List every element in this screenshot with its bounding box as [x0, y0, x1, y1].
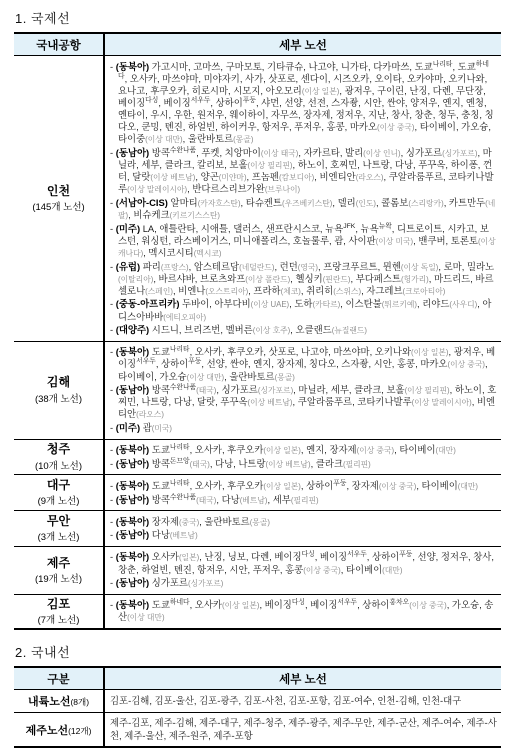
- domestic-routes-table: 구분 세부 노선 내륙노선(8개)김포-김해, 김포-울산, 김포-광주, 김포…: [14, 666, 501, 748]
- document-page: 1. 국제선 국내공항 세부 노선 인천(145개 노선)- (동북아) 가고시…: [0, 0, 515, 752]
- table-row: 대구(9개 노선)- (동북아) 도쿄나리타, 오사카, 후쿠오카(이상 일본)…: [14, 475, 501, 511]
- airport-cell: 무안(3개 노선): [14, 511, 104, 547]
- airport-route-count: (38개 노선): [15, 391, 102, 405]
- airport-name: 인천: [15, 184, 102, 198]
- route-group-line: - (동남아) 방콕돈므앙(태국), 다낭, 나트랑(이상 베트남), 클라크(…: [110, 458, 497, 470]
- intl-table-header-row: 국내공항 세부 노선: [14, 33, 501, 56]
- airport-cell: 대구(9개 노선): [14, 475, 104, 511]
- route-group-line: - (동북아) 가고시마, 고마쓰, 구마모토, 기타큐슈, 나고야, 니가타,…: [110, 61, 497, 146]
- route-type-cell: 내륙노선(8개): [14, 690, 104, 713]
- routes-cell: - (동북아) 도쿄나리타, 오사카, 후쿠오카(이상 일본), 옌지, 장자제…: [104, 439, 501, 475]
- routes-cell: - (동북아) 장자제(중국), 울란바토르(몽골)- (동남아) 다낭(베트남…: [104, 511, 501, 547]
- route-group-line: - (동북아) 장자제(중국), 울란바토르(몽골): [110, 516, 497, 528]
- route-type-count: (12개): [68, 726, 91, 736]
- table-row: 청주(10개 노선)- (동북아) 도쿄나리타, 오사카, 후쿠오카(이상 일본…: [14, 439, 501, 475]
- airport-route-count: (19개 노선): [15, 571, 102, 585]
- routes-cell: - (동북아) 가고시마, 고마쓰, 구마모토, 기타큐슈, 나고야, 니가타,…: [104, 56, 501, 342]
- routes-cell: 김포-김해, 김포-울산, 김포-광주, 김포-사천, 김포-포항, 김포-여수…: [104, 690, 501, 713]
- intl-section-title: 1. 국제선: [15, 8, 501, 27]
- routes-cell: - (동북아) 오사카(일본), 난징, 닝보, 다롄, 베이징다싱, 베이징서…: [104, 546, 501, 594]
- airport-name: 청주: [15, 442, 102, 456]
- airport-name: 무안: [15, 514, 102, 528]
- route-group-line: - (동남아) 방콕수완나품, 푸켓, 치앙마이(이상 태국), 자카르타, 발…: [110, 147, 497, 196]
- intl-routes-table: 국내공항 세부 노선 인천(145개 노선)- (동북아) 가고시마, 고마쓰,…: [14, 32, 501, 630]
- airport-name: 김해: [15, 375, 102, 389]
- airport-cell: 김해(38개 노선): [14, 341, 104, 439]
- airport-route-count: (3개 노선): [15, 529, 102, 543]
- route-group-line: - (동북아) 도쿄나리타, 오사카, 후쿠오카(이상 일본), 상하이푸둥, …: [110, 480, 497, 492]
- intl-table-body: 인천(145개 노선)- (동북아) 가고시마, 고마쓰, 구마모토, 기타큐슈…: [14, 56, 501, 630]
- airport-cell: 제주(19개 노선): [14, 546, 104, 594]
- domestic-table-body: 내륙노선(8개)김포-김해, 김포-울산, 김포-광주, 김포-사천, 김포-포…: [14, 690, 501, 747]
- route-type-label: 제주노선: [26, 725, 69, 737]
- airport-route-count: (7개 노선): [15, 612, 102, 626]
- route-type-cell: 제주노선(12개): [14, 713, 104, 747]
- route-group-line: - (미주) LA, 애틀란타, 시애틀, 댈러스, 샌프란시스코, 뉴욕JFK…: [110, 223, 497, 259]
- airport-route-count: (9개 노선): [15, 493, 102, 507]
- airport-route-count: (10개 노선): [15, 458, 102, 472]
- route-group-line: - (동남아) 방콕수완나품(태국), 싱가포르(싱가포르), 마닐라, 세부,…: [110, 384, 497, 420]
- domestic-table-header-row: 구분 세부 노선: [14, 667, 501, 690]
- route-group-line: - (동북아) 오사카(일본), 난징, 닝보, 다롄, 베이징다싱, 베이징서…: [110, 551, 497, 575]
- route-group-line: - (동북아) 도쿄나리타, 오사카, 후쿠오카(이상 일본), 옌지, 장자제…: [110, 444, 497, 456]
- route-group-line: - (대양주) 시드니, 브리즈번, 멜버른(이상 호주), 오클랜드(뉴질랜드…: [110, 324, 497, 336]
- routes-cell: 제주-김포, 제주-김해, 제주-대구, 제주-청주, 제주-광주, 제주-무안…: [104, 713, 501, 747]
- airport-route-count: (145개 노선): [15, 199, 102, 213]
- route-type-label: 내륙노선: [28, 696, 71, 708]
- airport-name: 대구: [15, 478, 102, 492]
- table-row: 내륙노선(8개)김포-김해, 김포-울산, 김포-광주, 김포-사천, 김포-포…: [14, 690, 501, 713]
- route-group-line: - (유럽) 파리(프랑스), 암스테르담(네덜란드), 런던(영국), 프랑크…: [110, 261, 497, 297]
- route-group-line: - (동남아) 방콕수완나품(태국), 다낭(베트남), 세부(필리핀): [110, 494, 497, 506]
- route-group-line: - (동북아) 도쿄하네다, 오사카(이상 일본), 베이징다싱, 베이징서우두…: [110, 599, 497, 623]
- route-list: 제주-김포, 제주-김해, 제주-대구, 제주-청주, 제주-광주, 제주-무안…: [110, 716, 497, 743]
- domestic-header-type: 구분: [14, 667, 104, 690]
- route-group-line: - (동북아) 도쿄나리타, 오사카, 후쿠오카, 삿포로, 나고야, 마쓰야마…: [110, 346, 497, 382]
- route-group-line: - (동남아) 싱가포르(싱가포르): [110, 577, 497, 589]
- routes-cell: - (동북아) 도쿄나리타, 오사카, 후쿠오카, 삿포로, 나고야, 마쓰야마…: [104, 341, 501, 439]
- airport-name: 제주: [15, 556, 102, 570]
- airport-cell: 인천(145개 노선): [14, 56, 104, 342]
- route-type-count: (8개): [70, 697, 89, 707]
- route-group-line: - (미주) 괌(미국): [110, 422, 497, 434]
- table-row: 김해(38개 노선)- (동북아) 도쿄나리타, 오사카, 후쿠오카, 삿포로,…: [14, 341, 501, 439]
- routes-cell: - (동북아) 도쿄하네다, 오사카(이상 일본), 베이징다싱, 베이징서우두…: [104, 594, 501, 629]
- route-group-line: - (동남아) 다낭(베트남): [110, 529, 497, 541]
- table-row: 인천(145개 노선)- (동북아) 가고시마, 고마쓰, 구마모토, 기타큐슈…: [14, 56, 501, 342]
- domestic-section-title: 2. 국내선: [15, 642, 501, 661]
- route-group-line: - (서남아-CIS) 알마티(카자흐스탄), 타슈켄트(우즈베키스탄), 델리…: [110, 197, 497, 221]
- route-group-line: - (중동-아프리카) 두바이, 아부다비(이상 UAE), 도하(카타르), …: [110, 298, 497, 322]
- table-row: 무안(3개 노선)- (동북아) 장자제(중국), 울란바토르(몽골)- (동남…: [14, 511, 501, 547]
- route-list: 김포-김해, 김포-울산, 김포-광주, 김포-사천, 김포-포항, 김포-여수…: [110, 694, 497, 708]
- intl-header-routes: 세부 노선: [104, 33, 501, 56]
- airport-cell: 청주(10개 노선): [14, 439, 104, 475]
- table-row: 제주(19개 노선)- (동북아) 오사카(일본), 난징, 닝보, 다롄, 베…: [14, 546, 501, 594]
- table-row: 제주노선(12개)제주-김포, 제주-김해, 제주-대구, 제주-청주, 제주-…: [14, 713, 501, 747]
- table-row: 김포(7개 노선)- (동북아) 도쿄하네다, 오사카(이상 일본), 베이징다…: [14, 594, 501, 629]
- domestic-header-routes: 세부 노선: [104, 667, 501, 690]
- airport-cell: 김포(7개 노선): [14, 594, 104, 629]
- routes-cell: - (동북아) 도쿄나리타, 오사카, 후쿠오카(이상 일본), 상하이푸둥, …: [104, 475, 501, 511]
- airport-name: 김포: [15, 597, 102, 611]
- intl-header-airport: 국내공항: [14, 33, 104, 56]
